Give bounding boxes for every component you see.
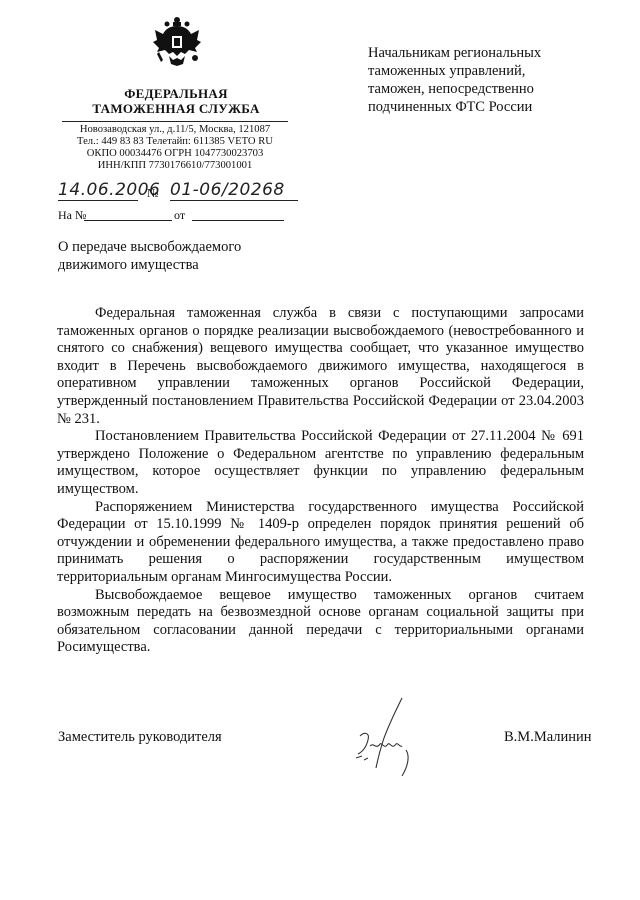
reference-date-label: от xyxy=(174,208,185,223)
body-paragraph: Высвобождаемое вещевое имущество таможен… xyxy=(57,587,584,657)
header-divider xyxy=(62,121,288,122)
okpo-ogrn-line: ОКПО 00034476 ОГРН 1047730023703 xyxy=(62,148,288,160)
recipient-line: таможенных управлений, xyxy=(368,62,608,80)
recipient-line: Начальникам региональных xyxy=(368,44,608,62)
address-line: Новозаводская ул., д.11/5, Москва, 12108… xyxy=(62,124,288,136)
inn-kpp-line: ИНН/КПП 7730176610/773001001 xyxy=(62,160,288,172)
body-paragraph: Постановлением Правительства Российской … xyxy=(57,428,584,498)
recipient-line: подчиненных ФТС России xyxy=(368,98,608,116)
subject: О передаче высвобождаемого движимого иму… xyxy=(58,238,318,274)
address-block: Новозаводская ул., д.11/5, Москва, 12108… xyxy=(62,124,288,172)
subject-line: О передаче высвобождаемого xyxy=(58,238,318,256)
body-paragraph: Распоряжением Министерства государственн… xyxy=(57,499,584,587)
body-paragraph: Федеральная таможенная служба в связи с … xyxy=(57,305,584,428)
reference-date-blank xyxy=(192,220,284,221)
reference-row: На № от xyxy=(58,208,298,224)
organization-name: ФЕДЕРАЛЬНАЯ ТАМОЖЕННАЯ СЛУЖБА xyxy=(62,86,290,116)
organization-line-1: ФЕДЕРАЛЬНАЯ xyxy=(62,86,290,101)
outgoing-number-row: 14.06.2006 № 01-06/20268 xyxy=(58,180,298,204)
outgoing-number: 01-06/20268 xyxy=(170,180,298,201)
reference-number-label: На № xyxy=(58,208,86,223)
outgoing-date: 14.06.2006 xyxy=(58,180,138,201)
phone-line: Тел.: 449 83 83 Телетайп: 611385 VETO RU xyxy=(62,136,288,148)
recipient-line: таможен, непосредственно xyxy=(368,80,608,98)
letter-body: Федеральная таможенная служба в связи с … xyxy=(57,305,584,657)
recipient-block: Начальникам региональных таможенных упра… xyxy=(368,44,608,116)
signatory-title: Заместитель руководителя xyxy=(58,729,222,746)
reference-number-blank xyxy=(84,220,172,221)
organization-line-2: ТАМОЖЕННАЯ СЛУЖБА xyxy=(62,101,290,116)
emblem-icon xyxy=(151,14,203,70)
subject-line: движимого имущества xyxy=(58,256,318,274)
signature-icon xyxy=(350,696,430,786)
number-sign: № xyxy=(147,186,158,201)
signatory-name: В.М.Малинин xyxy=(504,729,592,746)
